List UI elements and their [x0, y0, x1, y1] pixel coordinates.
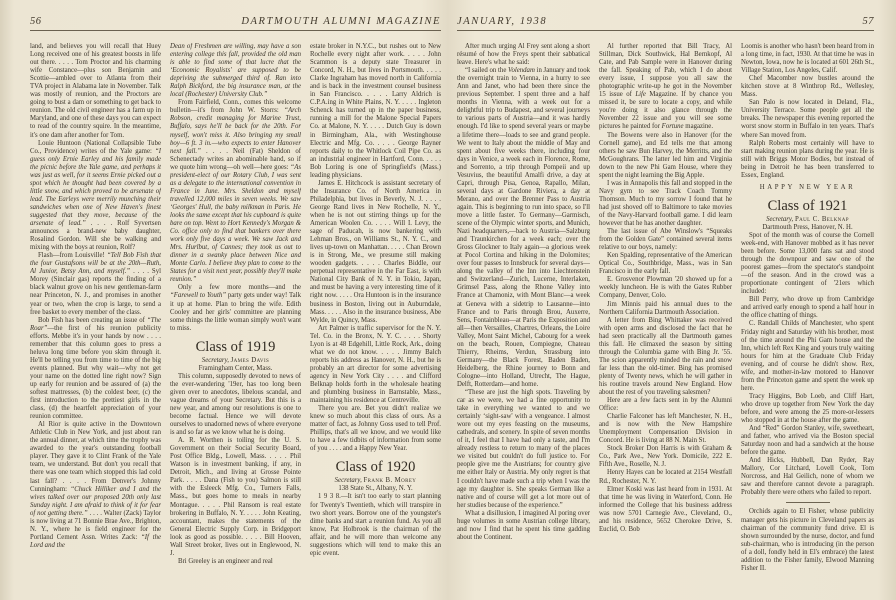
text-run: Secretary,: [202, 357, 231, 364]
text-run: Chef Macomber now bustles around the kit…: [741, 75, 874, 98]
text-run: James Davis: [231, 357, 270, 364]
paragraph: Henry Hayes can be located at 2154 Westf…: [599, 469, 732, 485]
paragraph: There you are. Bet you didn't realize we…: [310, 405, 441, 453]
text-run: 1 9 3 8.—It isn't too early to start pla…: [310, 493, 441, 556]
page-header-left: 56 DARTMOUTH ALUMNI MAGAZINE: [30, 16, 441, 27]
paragraph: Flash—from Louisville! “Tell Bob Fish th…: [30, 252, 161, 316]
paragraph: “These are just the high spots. Travelin…: [457, 389, 590, 510]
text-run: —the first of his reunion publicity effo…: [30, 325, 161, 421]
text-run: “Farewell to Youth”: [170, 292, 226, 299]
text-run: Life: [635, 91, 646, 98]
text-run: in January and took the overnight train …: [457, 67, 590, 388]
text-run: A letter from Bing Whittaker was receive…: [599, 317, 732, 396]
paragraph: Art Palmer is traffic supervisor for the…: [310, 325, 441, 405]
text-run: Elmer Koski was last heard from in 1931.…: [599, 486, 732, 533]
header-rule-left: [30, 30, 441, 31]
text-run: “I guess only Ernie Earley and his famil…: [30, 148, 161, 227]
text-run: Secretary,: [335, 477, 364, 484]
text-run: Al Rior is quite active in the Downtown …: [30, 421, 161, 492]
text-run: And “Red” Gordon Stanley, wife, sweethea…: [741, 425, 874, 456]
paragraph: This column, supposedly devoted to news …: [170, 373, 301, 437]
text-column: Dean of Freshmen are willing, may have a…: [170, 43, 301, 591]
class-heading: Class of 1919: [170, 339, 301, 355]
paragraph: Elmer Koski was last heard from in 1931.…: [599, 486, 732, 534]
text-run: estate broker in N.Y.C., but rushes out …: [310, 43, 441, 179]
page-right-57: JANUARY, 1938 57 After much urging Al Fr…: [448, 0, 896, 600]
text-run: Secretary,: [766, 216, 795, 223]
magazine-spread: 56 DARTMOUTH ALUMNI MAGAZINE land, and b…: [0, 0, 896, 600]
paragraph: E. Grosvenor Plowman '20 showed up for a…: [599, 276, 732, 300]
paragraph: Loomis is another who hasn't been heard …: [741, 43, 874, 75]
text-run: Fortune: [662, 123, 684, 130]
secretary-line: Secretary, Paul C. Belknap: [741, 216, 874, 224]
text-run: Orchids again to El Fisher, whose public…: [741, 508, 874, 571]
text-run: “These are just the high spots. Travelin…: [457, 389, 590, 509]
text-column: Al further reported that Bill Tracy, Al …: [599, 43, 732, 591]
text-run: Louie Huntoon (National Collapsible Tube…: [30, 140, 161, 155]
text-run: Ken Spalding, representative of the Amer…: [599, 252, 732, 275]
text-run: Tracy Higgins, Bob Loeb, and Cliff Hart,…: [741, 393, 874, 424]
header-rule-right: [457, 30, 874, 31]
text-run: . . . . Syl Morey (Sinclair gas) reports…: [30, 268, 161, 315]
paragraph: I was in Annapolis this fall and stopped…: [599, 180, 732, 228]
text-run: Bri Greeley is an engineer and real: [178, 558, 273, 565]
text-run: The last issue of Abe Winslow's “Squeaks…: [599, 228, 732, 251]
happy-new-year-line: HAPPY NEW YEAR: [741, 184, 874, 192]
text-run: Loomis is another who hasn't been heard …: [741, 43, 874, 74]
text-run: Bob Fish has been creating an issue of: [38, 317, 147, 324]
text-run: James E. Hitchcock is assistant secretar…: [310, 180, 441, 324]
paragraph: C. Randall Childs of Manchester, who spe…: [741, 320, 874, 392]
paragraph: And “Red” Gordon Stanley, wife, sweethea…: [741, 425, 874, 457]
page-left-56: 56 DARTMOUTH ALUMNI MAGAZINE land, and b…: [0, 0, 448, 600]
paragraph: James E. Hitchcock is assistant secretar…: [310, 180, 441, 325]
text-run: Art Palmer is traffic supervisor for the…: [310, 325, 441, 404]
issue-date: JANUARY, 1938: [457, 16, 547, 27]
text-run: What a disillusion, I imagined Al poring…: [457, 510, 590, 541]
paragraph: Ken Spalding, representative of the Amer…: [599, 252, 732, 276]
address-line: Framingham Center, Mass.: [170, 365, 301, 373]
text-column: estate broker in N.Y.C., but rushes out …: [310, 43, 441, 591]
paragraph: A letter from Bing Whittaker was receive…: [599, 317, 732, 397]
paragraph: 1 9 3 8.—It isn't too early to start pla…: [310, 493, 441, 557]
text-columns-left: land, and believes you will recall that …: [30, 43, 441, 591]
paragraph: land, and believes you will recall that …: [30, 43, 161, 140]
paragraph: Stock Broker Don Harris is with Graham &…: [599, 445, 732, 469]
class-heading: Class of 1921: [741, 198, 874, 214]
text-run: After much urging Al Frey sent along a s…: [457, 43, 590, 66]
page-number-left: 56: [30, 16, 42, 27]
page-number-right: 57: [863, 16, 875, 27]
text-run: Flash—from Louisville!: [38, 252, 107, 259]
text-run: Class of 1921: [768, 198, 848, 214]
text-run: Dartmouth Press, Hanover, N. H.: [762, 224, 852, 231]
text-run: “As president-elect of our Rotary Club, …: [170, 164, 301, 284]
address-line: 138 State St., Albany, N. Y.: [310, 485, 441, 493]
class-heading: Class of 1920: [310, 459, 441, 475]
text-column: After much urging Al Frey sent along a s…: [457, 43, 590, 591]
paragraph: The Bowens were also in Hanover (for the…: [599, 132, 732, 180]
text-run: Here are a few facts sent in by the Alum…: [599, 397, 732, 412]
text-run: land, and believes you will recall that …: [30, 43, 161, 139]
address-line: Dartmouth Press, Hanover, N. H.: [741, 224, 874, 232]
text-run: I was in Annapolis this fall and stopped…: [599, 180, 732, 227]
text-run: HAPPY NEW YEAR: [760, 184, 855, 191]
paragraph: Here are a few facts sent in by the Alum…: [599, 397, 732, 413]
text-run: A. R. Worthen is toiling for the U. S. G…: [170, 437, 301, 557]
text-column: Loomis is another who hasn't been heard …: [741, 43, 874, 591]
text-run: Bill Perry, who drove up from Cambridge …: [741, 296, 874, 319]
paragraph: What a disillusion, I imagined Al poring…: [457, 510, 590, 542]
text-run: From Fairfield, Conn., comes this welcom…: [170, 99, 301, 114]
paragraph: Chef Macomber now bustles around the kit…: [741, 75, 874, 99]
text-run: “I sailed on the: [465, 67, 508, 74]
paragraph: San Palo is now located in Deland, Fla.,…: [741, 99, 874, 139]
paragraph: “I sailed on the Volendam in January and…: [457, 67, 590, 389]
text-run: Frank B. Morey: [363, 477, 416, 484]
text-run: magazine.: [684, 123, 713, 130]
text-run: The Bowens were also in Hanover (for the…: [599, 132, 732, 179]
paragraph: After much urging Al Frey sent along a s…: [457, 43, 590, 67]
paragraph: Louie Huntoon (National Collapsible Tube…: [30, 140, 161, 253]
paragraph: Jim Minnis paid his annual dues to the N…: [599, 301, 732, 317]
paragraph: Bill Perry, who drove up from Cambridge …: [741, 296, 874, 320]
paragraph: From Fairfield, Conn., comes this welcom…: [170, 99, 301, 284]
text-run: C. Randall Childs of Manchester, who spe…: [741, 320, 874, 391]
magazine-title: DARTMOUTH ALUMNI MAGAZINE: [241, 16, 441, 27]
text-run: Only a few more months—and the: [178, 284, 301, 291]
text-run: 138 State St., Albany, N. Y.: [338, 485, 412, 492]
paragraph: Al further reported that Bill Tracy, Al …: [599, 43, 732, 132]
text-run: Class of 1920: [336, 459, 416, 475]
text-columns-right: After much urging Al Frey sent along a s…: [457, 43, 874, 591]
paragraph: Bob Fish has been creating an issue of “…: [30, 317, 161, 422]
paragraph: estate broker in N.Y.C., but rushes out …: [310, 43, 441, 180]
text-run: Paul C. Belknap: [795, 216, 849, 223]
paragraph: Only a few more months—and the “Farewell…: [170, 284, 301, 332]
text-run: Ralph Roberts most certainly will have t…: [741, 140, 874, 179]
text-run: Charlie Falconer has left Manchester, N.…: [599, 413, 732, 444]
paragraph: The last issue of Abe Winslow's “Squeaks…: [599, 228, 732, 252]
text-run: There you are. Bet you didn't realize we…: [310, 405, 441, 452]
text-run: Henry Hayes can be located at 2154 Westf…: [599, 469, 732, 484]
page-header-right: JANUARY, 1938 57: [457, 16, 874, 27]
text-run: E. Grosvenor Plowman '20 showed up for a…: [599, 276, 732, 299]
paragraph: Al Rior is quite active in the Downtown …: [30, 421, 161, 550]
text-run: Dean of Freshmen are willing, may have a…: [170, 43, 301, 98]
secretary-line: Secretary, James Davis: [170, 357, 301, 365]
paragraph: Orchids again to El Fisher, whose public…: [741, 508, 874, 572]
text-run: Spot of the month was of course the Corn…: [741, 232, 874, 295]
paragraph: A. R. Worthen is toiling for the U. S. G…: [170, 437, 301, 558]
paragraph: And Hicks, Hubbell, Dan Ryder, Ray Mallo…: [741, 457, 874, 497]
paragraph: Ralph Roberts most certainly will have t…: [741, 140, 874, 180]
text-run: Framingham Center, Mass.: [199, 365, 273, 372]
text-run: This column, supposedly devoted to news …: [170, 373, 301, 436]
paragraph: Bri Greeley is an engineer and real: [170, 558, 301, 566]
paragraph: Charlie Falconer has left Manchester, N.…: [599, 413, 732, 445]
text-run: Jim Minnis paid his annual dues to the N…: [599, 301, 732, 316]
text-run: Al further reported that Bill Tracy, Al …: [599, 43, 732, 98]
paragraph: Spot of the month was of course the Corn…: [741, 232, 874, 296]
text-run: Class of 1919: [196, 339, 276, 355]
text-run: Volendam: [508, 67, 535, 74]
secretary-line: Secretary, Frank B. Morey: [310, 477, 441, 485]
text-column: land, and believes you will recall that …: [30, 43, 161, 591]
paragraph: Dean of Freshmen are willing, may have a…: [170, 43, 301, 99]
paragraph: Tracy Higgins, Bob Loeb, and Cliff Hart,…: [741, 393, 874, 425]
text-run: Stock Broker Don Harris is with Graham &…: [599, 445, 732, 468]
text-run: And Hicks, Hubbell, Dan Ryder, Ray Mallo…: [741, 457, 874, 496]
text-run: San Palo is now located in Deland, Fla.,…: [741, 99, 874, 138]
section-divider: [786, 502, 830, 503]
